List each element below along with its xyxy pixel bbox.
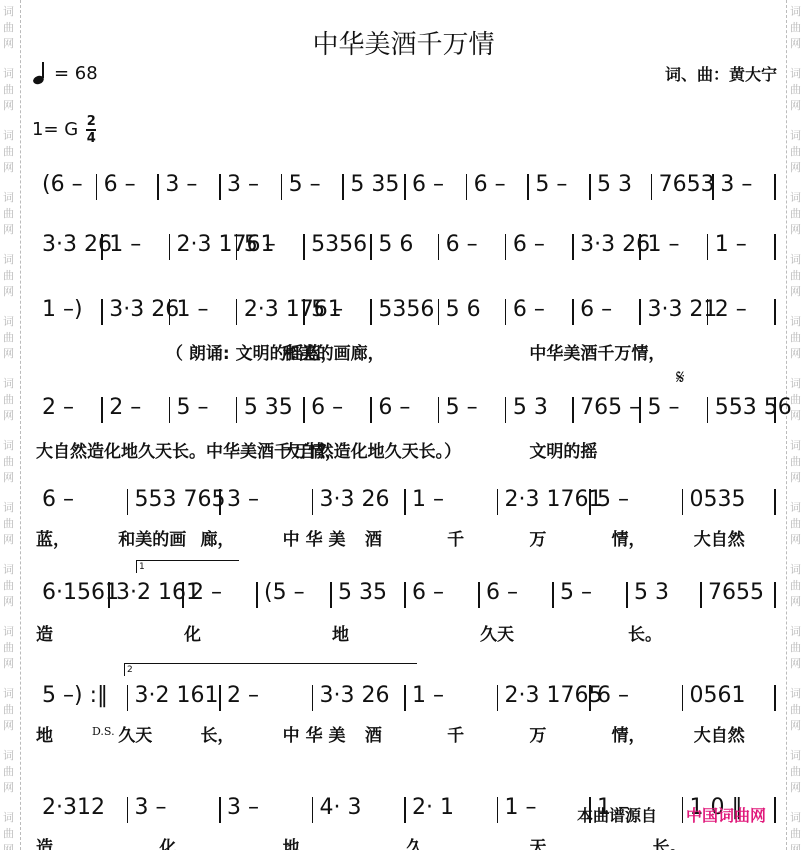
watermark-char: 网 [3,224,14,235]
barline [312,797,314,823]
measure: 6 – [412,580,444,605]
watermark-char: 网 [790,720,801,731]
barline [682,489,684,515]
lyric-text: 造 [36,833,53,850]
watermark-char: 曲 [790,146,801,157]
watermark-char: 曲 [3,456,14,467]
lyric-text: 长。 [628,620,662,645]
lyric-text: 久天 [480,620,514,645]
watermark-char: 词 [3,564,14,575]
barline [700,582,702,608]
measure: 2·312 [42,795,105,820]
watermark-char: 词 [3,192,14,203]
barline [127,489,129,515]
measure: 0535 [690,487,746,512]
watermark-char: 网 [3,658,14,669]
measure: 3 – [135,795,167,820]
barline [370,234,372,260]
time-signature: 2 4 [86,115,96,145]
measure: 6 – [474,172,506,197]
measure: 5 – [560,580,592,605]
watermark-char: 词 [3,688,14,699]
barline [312,685,314,711]
measure: 1 – [505,795,537,820]
song-title: 中华美酒千万情 [0,24,807,61]
watermark-char: 曲 [3,270,14,281]
barline [639,234,641,260]
source-label: 本曲谱源自 [577,803,657,826]
barline [712,174,714,200]
lyric-text: 化 [184,620,201,645]
watermark-char: 曲 [3,828,14,839]
measure: 2 – [190,580,222,605]
watermark-right: 词曲网词曲网词曲网词曲网词曲网词曲网词曲网词曲网词曲网词曲网词曲网词曲网词曲网词… [786,0,807,850]
barline [219,685,221,711]
lyric-text: 中 华 美 [283,525,346,550]
barline [303,234,305,260]
barline [651,174,653,200]
watermark-char: 曲 [3,394,14,405]
measure: 3·2 161 [135,683,219,708]
measure: 5 – [311,297,343,322]
watermark-char: 曲 [3,332,14,343]
barline [639,397,641,423]
composer-credit: 词、曲：黄大宁 [665,62,777,85]
measure: 5 –) :‖ [42,683,108,708]
barline [330,582,332,608]
barline [505,397,507,423]
barline [127,797,129,823]
measure: 6 – [486,580,518,605]
barline [127,685,129,711]
measure: 5 35 [338,580,387,605]
watermark-char: 词 [3,378,14,389]
watermark-char: 网 [790,658,801,669]
measure: 3·3 26 [320,487,390,512]
watermark-char: 词 [3,68,14,79]
measure: 2 – [42,395,74,420]
lyric-text: 廊， [200,525,234,550]
watermark-left: 词曲网词曲网词曲网词曲网词曲网词曲网词曲网词曲网词曲网词曲网词曲网词曲网词曲网词… [0,0,21,850]
watermark-char: 词 [790,68,801,79]
lyric-text: 久 [406,833,423,850]
watermark-char: 曲 [3,704,14,715]
watermark-char: 词 [3,626,14,637]
barline [774,582,776,608]
volta-bracket: 2 [124,663,417,676]
lyric-text: 和美的画廊， [283,339,385,364]
watermark-char: 网 [3,844,14,850]
watermark-char: 网 [790,844,801,850]
watermark-char: 词 [3,812,14,823]
barline [169,234,171,260]
measure: 3 – [227,487,259,512]
measure: 3 – [165,172,197,197]
barline [682,797,684,823]
watermark-char: 网 [3,348,14,359]
watermark-char: 网 [790,472,801,483]
measure: 5 – [446,395,478,420]
barline [219,489,221,515]
watermark-char: 曲 [790,518,801,529]
barline [342,174,344,200]
barline [404,797,406,823]
watermark-char: 曲 [790,766,801,777]
lyric-text: 情， [612,721,646,746]
key-text: 1= G [32,119,78,140]
watermark-char: 曲 [3,208,14,219]
measure: 4· 3 [320,795,362,820]
barline [219,797,221,823]
watermark-char: 曲 [790,270,801,281]
barline [626,582,628,608]
watermark-char: 曲 [790,642,801,653]
watermark-char: 词 [3,316,14,327]
barline [774,397,776,423]
barline [169,299,171,325]
watermark-char: 网 [790,782,801,793]
lyric-text: 大自然造化地久天长。） [283,437,462,462]
barline [438,397,440,423]
lyric-text: 万 [529,525,546,550]
barline [478,582,480,608]
watermark-char: 词 [790,6,801,17]
watermark-char: 曲 [790,84,801,95]
watermark-char: 网 [3,472,14,483]
watermark-char: 曲 [3,766,14,777]
barline [157,174,159,200]
barline [438,299,440,325]
barline [108,582,110,608]
lyric-text: 文明的摇 [529,437,597,462]
lyric-text: 蓝， [36,525,70,550]
barline [256,582,258,608]
measure: 6 – [104,172,136,197]
watermark-char: 网 [3,596,14,607]
barline [182,582,184,608]
barline [370,299,372,325]
barline [682,685,684,711]
lyric-text: 地 [36,721,53,746]
measure: 5 6 [446,297,481,322]
barline [101,299,103,325]
measure: 0561 [690,683,746,708]
watermark-char: 曲 [3,84,14,95]
barline [589,685,591,711]
lyric-text: 万 [529,721,546,746]
barline [236,397,238,423]
barline [96,174,98,200]
lyric-text: 天 [529,833,546,850]
watermark-char: 词 [790,626,801,637]
barline [404,174,406,200]
watermark-char: 词 [790,750,801,761]
measure: 1 – [412,683,444,708]
watermark-char: 词 [3,440,14,451]
measure: 3·2 161 [116,580,200,605]
measure: (6 – [42,172,83,197]
barline [169,397,171,423]
measure: 3 – [227,795,259,820]
lyric-text: 地 [283,833,300,850]
measure: 5 3 [513,395,548,420]
lyric-text: 久天 [118,721,152,746]
quarter-note-icon [32,62,46,84]
measure: 3 – [720,172,752,197]
key-signature: 1= G 2 4 [32,115,96,145]
barline [774,299,776,325]
measure: 3 – [227,172,259,197]
barline [236,299,238,325]
measure: 6 – [42,487,74,512]
watermark-char: 词 [3,254,14,265]
measure: 7655 [708,580,764,605]
lyric-text: 造 [36,620,53,645]
barline [707,299,709,325]
watermark-char: 词 [3,6,14,17]
barline [552,582,554,608]
measure: 5 35 [350,172,399,197]
measure: 2·3 1761 [505,487,603,512]
measure: 7653 [659,172,715,197]
watermark-char: 曲 [790,828,801,839]
barline [370,397,372,423]
watermark-char: 词 [3,750,14,761]
measure: 6 – [311,395,343,420]
watermark-char: 词 [790,688,801,699]
tempo-value: = 68 [54,63,98,84]
watermark-char: 曲 [3,518,14,529]
measure: 5 – [244,232,276,257]
measure: 5 – [177,395,209,420]
measure: 5 3 [597,172,632,197]
watermark-char: 曲 [790,704,801,715]
watermark-char: 词 [790,440,801,451]
barline [404,582,406,608]
barline [589,174,591,200]
barline [774,489,776,515]
barline [404,685,406,711]
lyric-text: 中 华 美 [283,721,346,746]
measure: 5356 [311,232,367,257]
lyric-text: 酒 [365,721,382,746]
watermark-char: 网 [790,348,801,359]
watermark-char: 网 [790,162,801,173]
measure: 6 – [513,232,545,257]
lyric-text: 大自然 [694,525,745,550]
measure: 6 – [378,395,410,420]
lyric-text: 长。 [653,833,687,850]
barline [707,397,709,423]
segno-icon: 𝄋 [676,365,685,389]
watermark-char: 曲 [790,332,801,343]
barline [774,234,776,260]
barline [527,174,529,200]
barline [505,234,507,260]
lyric-text: 大自然 [694,721,745,746]
watermark-char: 词 [790,192,801,203]
watermark-char: 曲 [790,456,801,467]
measure: 5 3 [634,580,669,605]
measure: 5 35 [244,395,293,420]
lyric-text: 化 [159,833,176,850]
lyric-text: 中华美酒千万情， [529,339,665,364]
measure: 6 – [446,232,478,257]
measure: 1 – [647,232,679,257]
barline [572,397,574,423]
barline [497,685,499,711]
watermark-char: 网 [3,534,14,545]
barline [101,397,103,423]
measure: 1 – [177,297,209,322]
barline [497,489,499,515]
lyric-text: 情， [612,525,646,550]
tempo-marking: = 68 [32,62,98,84]
watermark-char: 词 [790,812,801,823]
measure: 5 6 [378,232,413,257]
watermark-char: 词 [790,502,801,513]
barline [312,489,314,515]
barline [466,174,468,200]
lyric-text: 长， [200,721,234,746]
lyric-text: 千 [447,525,464,550]
barline [404,489,406,515]
barline [281,174,283,200]
watermark-char: 网 [790,596,801,607]
watermark-char: 网 [790,224,801,235]
barline [774,797,776,823]
barline [572,299,574,325]
measure: 1 – [109,232,141,257]
measure: 2 – [109,395,141,420]
barline [589,489,591,515]
watermark-char: 词 [790,378,801,389]
watermark-char: 曲 [3,146,14,157]
measure: 1 – [715,232,747,257]
watermark-char: 网 [3,100,14,111]
lyric-text: 酒 [365,525,382,550]
watermark-char: 曲 [790,580,801,591]
watermark-char: 曲 [790,208,801,219]
time-sig-top: 2 [87,115,96,128]
barline [236,234,238,260]
dal-segno-marking: D.S. [92,725,115,738]
watermark-char: 词 [3,130,14,141]
measure: (5 – [264,580,305,605]
watermark-char: 网 [790,534,801,545]
measure: 2·3 1765 [505,683,603,708]
watermark-char: 网 [790,286,801,297]
barline [219,174,221,200]
barline [497,797,499,823]
barline [505,299,507,325]
measure: 553 56 [715,395,792,420]
watermark-char: 词 [790,130,801,141]
measure: 6 – [412,172,444,197]
watermark-char: 网 [3,720,14,731]
measure: 2 – [715,297,747,322]
measure: 6 – [513,297,545,322]
watermark-char: 词 [3,502,14,513]
barline [438,234,440,260]
barline [639,299,641,325]
barline [101,234,103,260]
measure: 765 – [580,395,640,420]
measure: 5 – [535,172,567,197]
measure: 1 –) [42,297,83,322]
watermark-char: 网 [3,286,14,297]
barline [774,685,776,711]
source-site-link[interactable]: 中国词曲网 [686,803,766,826]
barline [774,174,776,200]
lyric-text: 和美的画 [118,525,186,550]
measure: 2 – [227,683,259,708]
measure: 5 – [647,395,679,420]
watermark-char: 词 [790,564,801,575]
watermark-char: 曲 [3,580,14,591]
measure: 5 – [597,487,629,512]
measure: 5 – [289,172,321,197]
measure: 553 765 [135,487,226,512]
measure: 3·3 26 [320,683,390,708]
watermark-char: 网 [3,410,14,421]
lyric-text: 千 [447,721,464,746]
measure: 6 – [580,297,612,322]
barline [707,234,709,260]
watermark-char: 词 [790,254,801,265]
watermark-char: 网 [3,782,14,793]
watermark-char: 曲 [3,642,14,653]
barline [303,397,305,423]
watermark-char: 词 [790,316,801,327]
time-sig-bottom: 4 [87,132,96,145]
barline [572,234,574,260]
watermark-char: 网 [790,100,801,111]
watermark-char: 网 [3,162,14,173]
volta-bracket: 1 [136,560,239,573]
barline [303,299,305,325]
measure: 2· 1 [412,795,454,820]
measure: 5356 [378,297,434,322]
measure: 1 – [412,487,444,512]
measure: 6 – [597,683,629,708]
lyric-text: 地 [332,620,349,645]
